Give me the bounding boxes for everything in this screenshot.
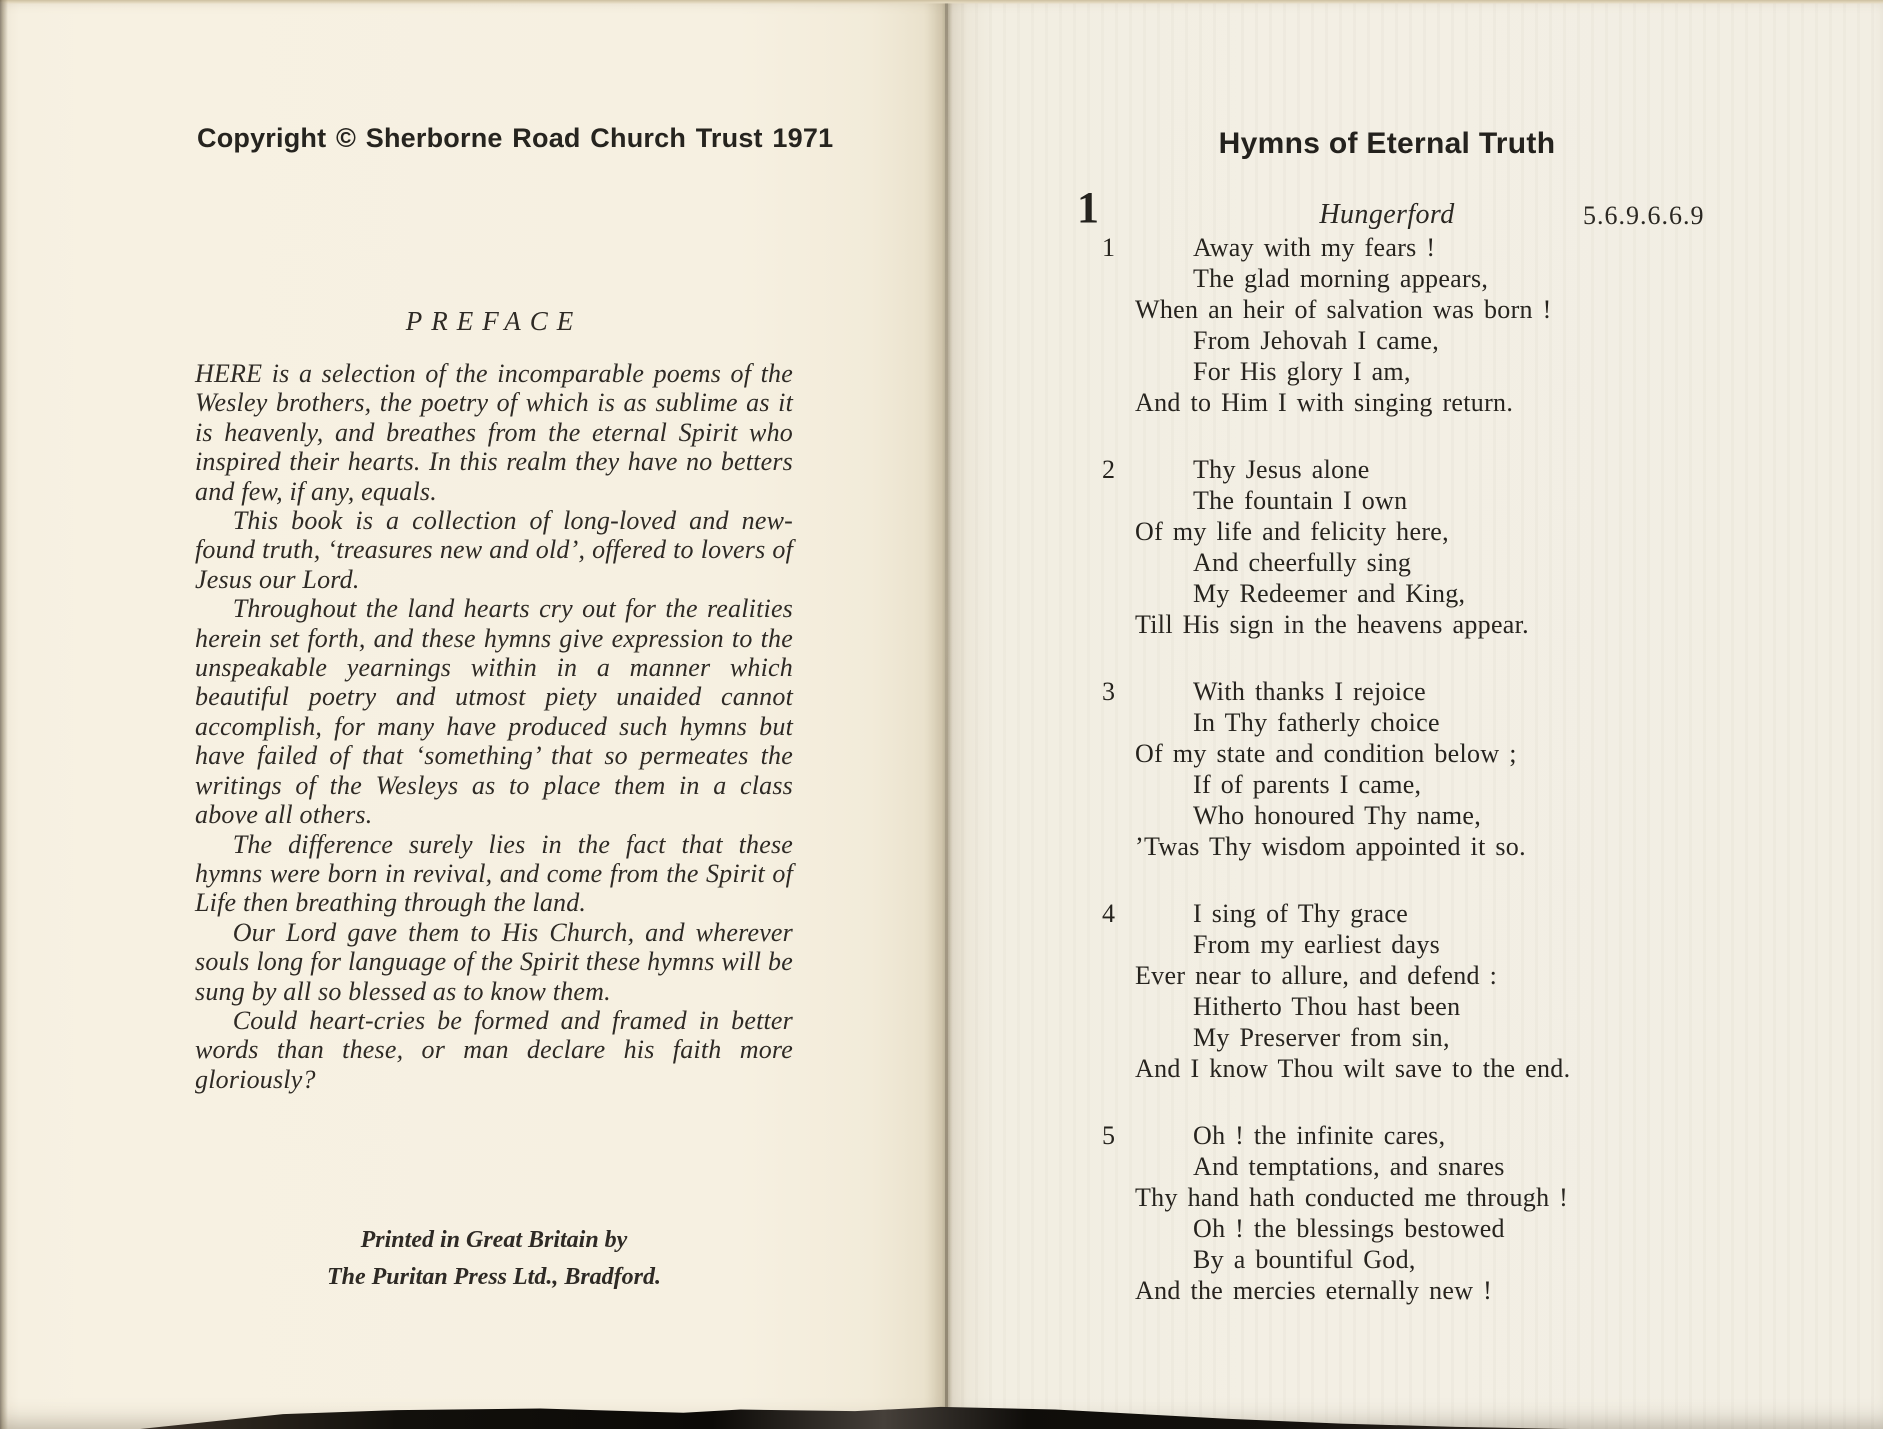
verse-line: Thy hand hath conducted me through ! — [1135, 1182, 1755, 1213]
verse-number: 1 — [1102, 232, 1115, 263]
verse-line: If of parents I came, — [1193, 769, 1755, 800]
scan-top-edge — [0, 0, 1883, 4]
verse: 2 Thy Jesus alone The fountain I own Of … — [1135, 454, 1755, 640]
verse-line: My Redeemer and King, — [1193, 578, 1755, 609]
verse-line: For His glory I am, — [1193, 356, 1755, 387]
preface-paragraph: Our Lord gave them to His Church, and wh… — [195, 918, 793, 1006]
verse-line: By a bountiful God, — [1193, 1244, 1755, 1275]
verse-line: Of my state and condition below ; — [1135, 738, 1755, 769]
verse-line: In Thy fatherly choice — [1193, 707, 1755, 738]
verse-number: 4 — [1102, 898, 1115, 929]
verse-line: And to Him I with singing return. — [1135, 387, 1755, 418]
scan-left-edge — [0, 0, 8, 1429]
verse-line: From my earliest days — [1193, 929, 1755, 960]
verse-line: Thy Jesus alone — [1193, 454, 1755, 485]
verse-number: 3 — [1102, 676, 1115, 707]
preface-title: PREFACE — [195, 306, 793, 337]
verse-line: Oh ! the blessings bestowed — [1193, 1213, 1755, 1244]
verse-line: With thanks I rejoice — [1193, 676, 1755, 707]
verse-line: The glad morning appears, — [1193, 263, 1755, 294]
verse-line: Who honoured Thy name, — [1193, 800, 1755, 831]
preface-paragraph: This book is a collection of long-loved … — [195, 506, 793, 594]
verse-line: My Preserver from sin, — [1193, 1022, 1755, 1053]
verse-number: 2 — [1102, 454, 1115, 485]
preface-paragraph: Throughout the land hearts cry out for t… — [195, 594, 793, 829]
verse-line: Hitherto Thou hast been — [1193, 991, 1755, 1022]
verse-line: Oh ! the infinite cares, — [1193, 1120, 1755, 1151]
preface-body: HERE is a selection of the incomparable … — [195, 359, 793, 1094]
imprint-line-1: Printed in Great Britain by — [195, 1222, 793, 1259]
verse-line: And I know Thou wilt save to the end. — [1135, 1053, 1755, 1084]
book-scan: Copyright © Sherborne Road Church Trust … — [0, 0, 1883, 1429]
verse-line: From Jehovah I came, — [1193, 325, 1755, 356]
verse-line: And temptations, and snares — [1193, 1151, 1755, 1182]
verse-line: Away with my fears ! — [1193, 232, 1755, 263]
book-spine-crease — [945, 0, 948, 1429]
imprint-line-2: The Puritan Press Ltd., Bradford. — [195, 1259, 793, 1296]
preface-paragraph: HERE is a selection of the incomparable … — [195, 359, 793, 506]
verse-line: Till His sign in the heavens appear. — [1135, 609, 1755, 640]
verse-line: Of my life and felicity here, — [1135, 516, 1755, 547]
hymn-verses: 1 Away with my fears ! The glad morning … — [1135, 232, 1755, 1342]
right-page: Hymns of Eternal Truth 1 Hungerford 5.6.… — [947, 0, 1883, 1429]
verse-line: The fountain I own — [1193, 485, 1755, 516]
printer-imprint: Printed in Great Britain by The Puritan … — [195, 1222, 793, 1296]
hymn-meter: 5.6.9.6.6.9 — [1583, 201, 1705, 231]
verse-line: Ever near to allure, and defend : — [1135, 960, 1755, 991]
verse-line: ’Twas Thy wisdom appointed it so. — [1135, 831, 1755, 862]
running-head: Hymns of Eternal Truth — [947, 127, 1827, 161]
verse-line: And cheerfully sing — [1193, 547, 1755, 578]
verse-line: And the mercies eternally new ! — [1135, 1275, 1755, 1306]
verse: 4 I sing of Thy grace From my earliest d… — [1135, 898, 1755, 1084]
verse-line: I sing of Thy grace — [1193, 898, 1755, 929]
preface-paragraph: The difference surely lies in the fact t… — [195, 830, 793, 918]
verse-line: When an heir of salvation was born ! — [1135, 294, 1755, 325]
copyright-line: Copyright © Sherborne Road Church Trust … — [197, 123, 833, 154]
verse: 3 With thanks I rejoice In Thy fatherly … — [1135, 676, 1755, 862]
left-page: Copyright © Sherborne Road Church Trust … — [0, 0, 947, 1429]
preface-paragraph: Could heart-cries be formed and framed i… — [195, 1006, 793, 1094]
verse: 1 Away with my fears ! The glad morning … — [1135, 232, 1755, 418]
verse-number: 5 — [1102, 1120, 1115, 1151]
verse: 5 Oh ! the infinite cares, And temptatio… — [1135, 1120, 1755, 1306]
